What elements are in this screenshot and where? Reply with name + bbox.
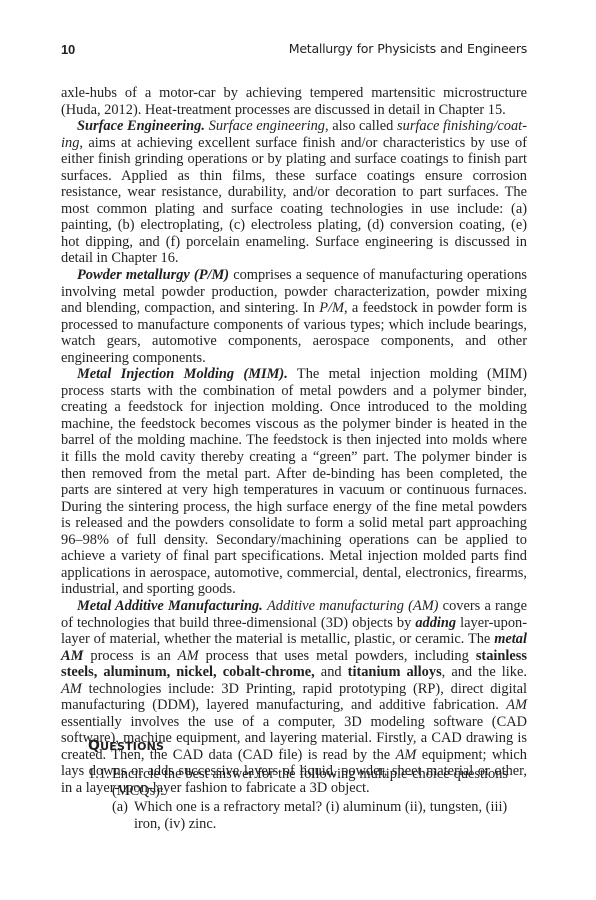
paragraph-powder-metallurgy: Powder metallurgy (P/M) comprises a sequ… [61,267,527,366]
section-runin-heading: Metal Injection Molding (MIM). [77,366,288,382]
questions-section: QUESTIONS 1.1. Encircle the best answer … [88,738,508,832]
paragraph-surface-engineering: Surface Engineering. Surface engineering… [61,118,527,267]
question-number: 1.1. [88,766,112,832]
question-item: 1.1. Encircle the best answer for the fo… [88,766,508,832]
sub-item-text: Which one is a refractory metal? (i) alu… [134,799,508,832]
sub-item-label: (a) [112,799,134,832]
body-text: axle-hubs of a motor-car by achieving te… [61,85,527,797]
question-sub-item: (a) Which one is a refractory metal? (i)… [112,799,508,832]
questions-heading: QUESTIONS [88,738,508,754]
section-runin-heading: Metal Additive Manufacturing. [77,598,263,614]
paragraph-metal-injection-molding: Metal Injection Molding (MIM). The metal… [61,366,527,598]
running-head: 10 Metallurgy for Physicists and Enginee… [61,42,527,60]
paragraph-heat-treatment: axle-hubs of a motor-car by achieving te… [61,85,527,118]
section-runin-heading: Surface Engineering. [77,118,205,134]
section-runin-heading: Powder metallurgy (P/M) [77,267,229,283]
book-title: Metallurgy for Physicists and Engineers [289,41,527,56]
question-text: Encircle the best answer for the followi… [112,766,508,799]
question-body: Encircle the best answer for the followi… [112,766,508,832]
page-number: 10 [61,42,75,57]
